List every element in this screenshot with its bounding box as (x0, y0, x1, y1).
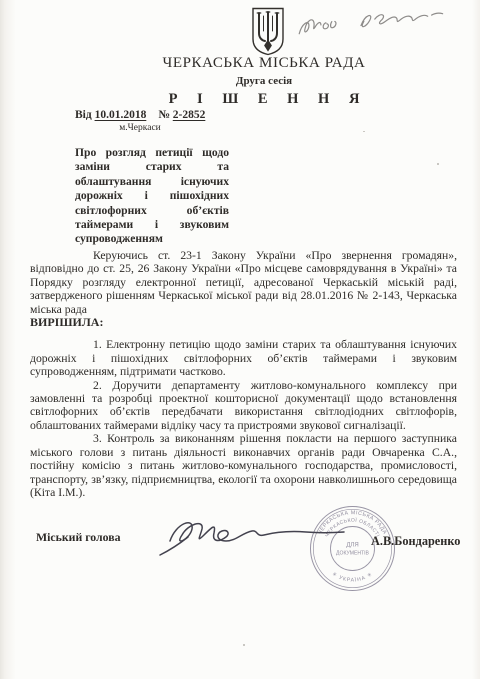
item-1: 1. Електронну петицію щодо заміни старих… (30, 338, 457, 378)
item-2: 2. Доручити департаменту житлово-комунал… (30, 379, 457, 433)
signer-position: Міський голова (36, 530, 121, 545)
signature-scribble (156, 505, 356, 569)
handwritten-note (292, 4, 461, 48)
city-label: м.Черкаси (75, 123, 205, 133)
subject-block: Про розгляд петиції щодо заміни старих т… (75, 146, 229, 247)
stamp-ring-bottom-text: ✳ УКРАЇНА ✳ (331, 571, 374, 583)
date-value: 10.01.2018 (95, 109, 147, 121)
authority-name: ЧЕРКАСЬКА МІСЬКА РАДА (48, 55, 480, 72)
signer-name: А.В.Бондаренко (371, 534, 460, 549)
document-header: ЧЕРКАСЬКА МІСЬКА РАДА Друга сесія Р І Ш … (48, 55, 480, 107)
document-page: ЧЕРКАСЬКА МІСЬКА РАДА Друга сесія Р І Ш … (0, 0, 480, 679)
scan-speck (363, 131, 365, 132)
session-label: Друга сесія (48, 75, 480, 88)
trident-emblem (250, 7, 286, 56)
number-label: № (158, 109, 170, 121)
preamble-paragraph: Керуючись ст. 23-1 Закону України «Про з… (30, 249, 457, 316)
document-body: Керуючись ст. 23-1 Закону України «Про з… (30, 249, 457, 499)
number-value: 2-2852 (173, 109, 206, 121)
item-3: 3. Контроль за виконанням рішення поклас… (30, 432, 457, 499)
svg-text:✳ УКРАЇНА ✳: ✳ УКРАЇНА ✳ (331, 571, 374, 583)
resolved-label: ВИРІШИЛА: (30, 316, 457, 329)
date-label: Від (75, 109, 92, 121)
scan-speck (243, 644, 245, 646)
scan-speck (437, 163, 439, 165)
date-number-line: Від 10.01.2018№ 2-2852 (75, 109, 205, 121)
document-type-title: Р І Ш Е Н Н Я (48, 91, 480, 107)
